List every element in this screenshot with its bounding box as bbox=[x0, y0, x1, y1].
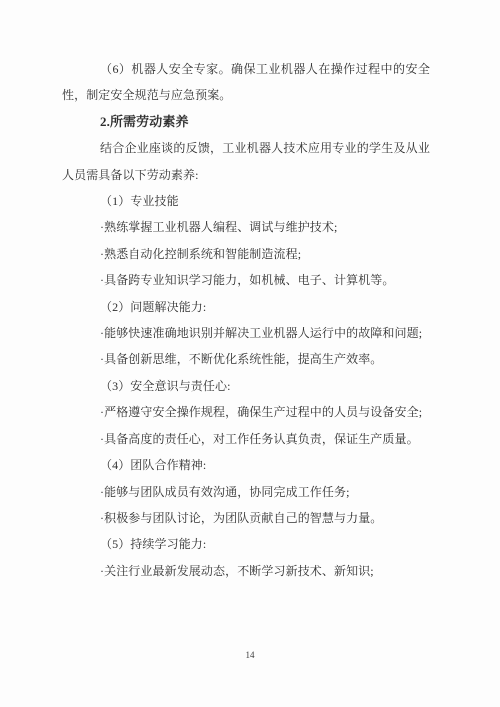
list-item-heading: （5）持续学习能力: bbox=[62, 531, 430, 557]
bullet-item: ·具备高度的责任心，对工作任务认真负责，保证生产质量。 bbox=[62, 426, 430, 452]
bullet-item: ·严格遵守安全操作规程，确保生产过程中的人员与设备安全; bbox=[62, 399, 430, 425]
list-item-heading: （3）安全意识与责任心: bbox=[62, 373, 430, 399]
list-item-heading: （1）专业技能 bbox=[62, 188, 430, 214]
bullet-item: ·熟练掌握工业机器人编程、调试与维护技术; bbox=[62, 214, 430, 240]
page-number: 14 bbox=[0, 648, 500, 662]
list-item-heading: （4）团队合作精神: bbox=[62, 452, 430, 478]
bullet-item: ·关注行业最新发展动态，不断学习新技术、新知识; bbox=[62, 558, 430, 584]
bullet-item: ·积极参与团队讨论，为团队贡献自己的智慧与力量。 bbox=[62, 505, 430, 531]
document-page: （6）机器人安全专家。确保工业机器人在操作过程中的安全性，制定安全规范与应急预案… bbox=[0, 0, 500, 707]
paragraph: 结合企业座谈的反馈，工业机器人技术应用专业的学生及从业人员需具备以下劳动素养: bbox=[62, 135, 430, 188]
paragraph: （6）机器人安全专家。确保工业机器人在操作过程中的安全性，制定安全规范与应急预案… bbox=[62, 56, 430, 109]
bullet-item: ·能够与团队成员有效沟通，协同完成工作任务; bbox=[62, 479, 430, 505]
page-content: （6）机器人安全专家。确保工业机器人在操作过程中的安全性，制定安全规范与应急预案… bbox=[62, 56, 430, 584]
bullet-item: ·能够快速准确地识别并解决工业机器人运行中的故障和问题; bbox=[62, 320, 430, 346]
bullet-item: ·具备创新思维，不断优化系统性能，提高生产效率。 bbox=[62, 346, 430, 372]
section-heading: 2.所需劳动素养 bbox=[62, 109, 430, 135]
list-item-heading: （2）问题解决能力: bbox=[62, 294, 430, 320]
bullet-item: ·具备跨专业知识学习能力，如机械、电子、计算机等。 bbox=[62, 267, 430, 293]
bullet-item: ·熟悉自动化控制系统和智能制造流程; bbox=[62, 241, 430, 267]
